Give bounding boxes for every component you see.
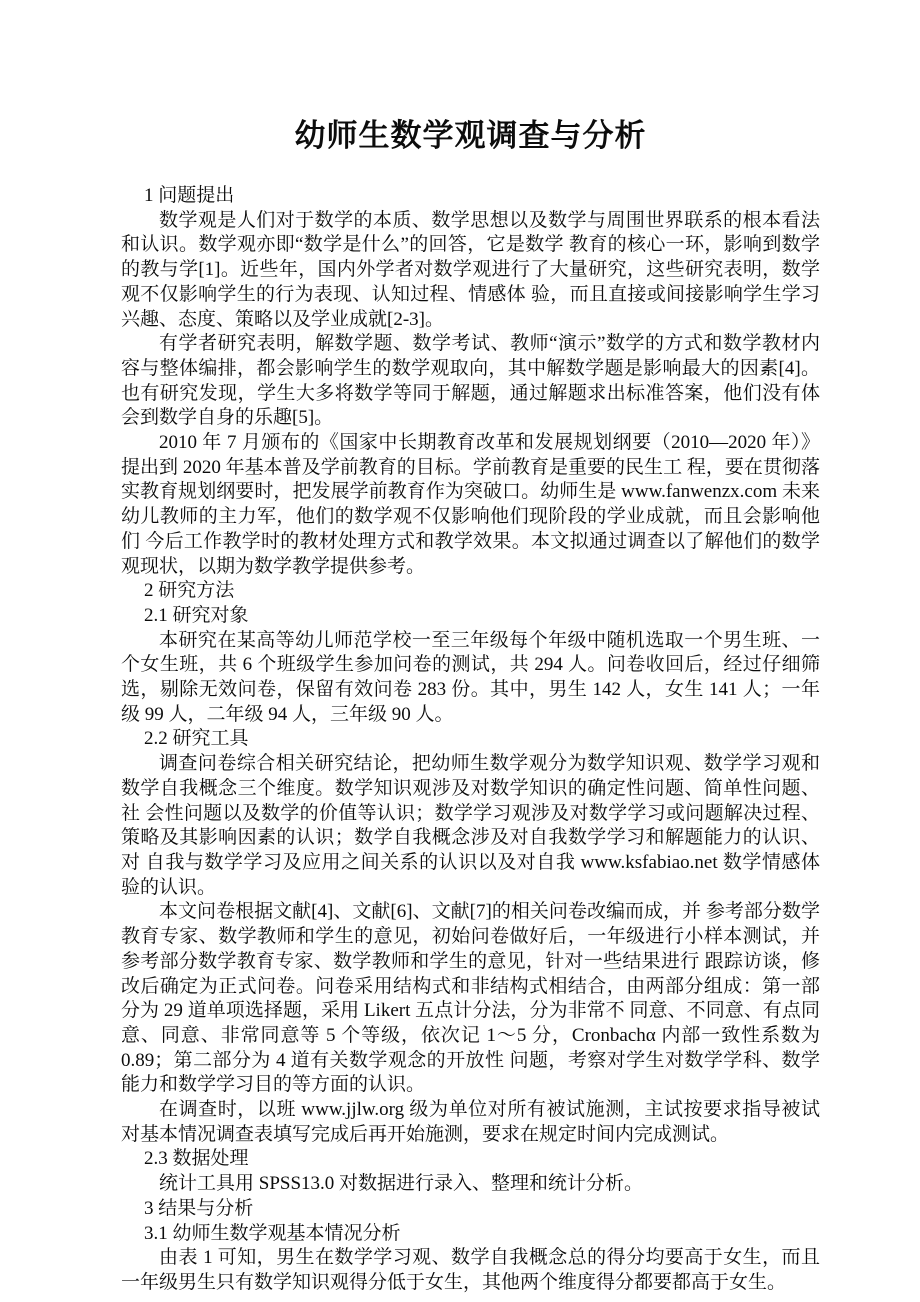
paragraph: 2010 年 7 月颁布的《国家中长期教育改革和发展规划纲要（2010—2020… xyxy=(121,431,820,579)
section-heading: 3.1 幼师生数学观基本情况分析 xyxy=(121,1222,820,1247)
paragraph: 本文问卷根据文献[4]、文献[6]、文献[7]的相关问卷改编而成，并 参考部分数… xyxy=(121,900,820,1098)
paragraph: 数学观是人们对于数学的本质、数学思想以及数学与周围世界联系的根本看法和认识。数学… xyxy=(121,209,820,333)
document-page: 幼师生数学观调查与分析 1 问题提出数学观是人们对于数学的本质、数学思想以及数学… xyxy=(0,0,920,1302)
section-heading: 2.1 研究对象 xyxy=(121,604,820,629)
section-heading: 1 问题提出 xyxy=(121,184,820,209)
section-heading: 3 结果与分析 xyxy=(121,1197,820,1222)
paragraph: 统计工具用 SPSS13.0 对数据进行录入、整理和统计分析。 xyxy=(121,1172,820,1197)
paragraph: 有学者研究表明，解数学题、数学考试、教师“演示”数学的方式和数学教材内容与整体编… xyxy=(121,332,820,431)
document-title: 幼师生数学观调查与分析 xyxy=(121,112,820,160)
document-body: 1 问题提出数学观是人们对于数学的本质、数学思想以及数学与周围世界联系的根本看法… xyxy=(121,184,820,1296)
section-heading: 2.2 研究工具 xyxy=(121,727,820,752)
paragraph: 由表 1 可知，男生在数学学习观、数学自我概念总的得分均要高于女生，而且一年级男… xyxy=(121,1246,820,1295)
section-heading: 2.3 数据处理 xyxy=(121,1147,820,1172)
paragraph: 在调查时，以班 www.jjlw.org 级为单位对所有被试施测，主试按要求指导… xyxy=(121,1098,820,1147)
paragraph: 本研究在某高等幼儿师范学校一至三年级每个年级中随机选取一个男生班、一个女生班，共… xyxy=(121,629,820,728)
section-heading: 2 研究方法 xyxy=(121,579,820,604)
paragraph: 调查问卷综合相关研究结论，把幼师生数学观分为数学知识观、数学学习观和数学自我概念… xyxy=(121,752,820,900)
